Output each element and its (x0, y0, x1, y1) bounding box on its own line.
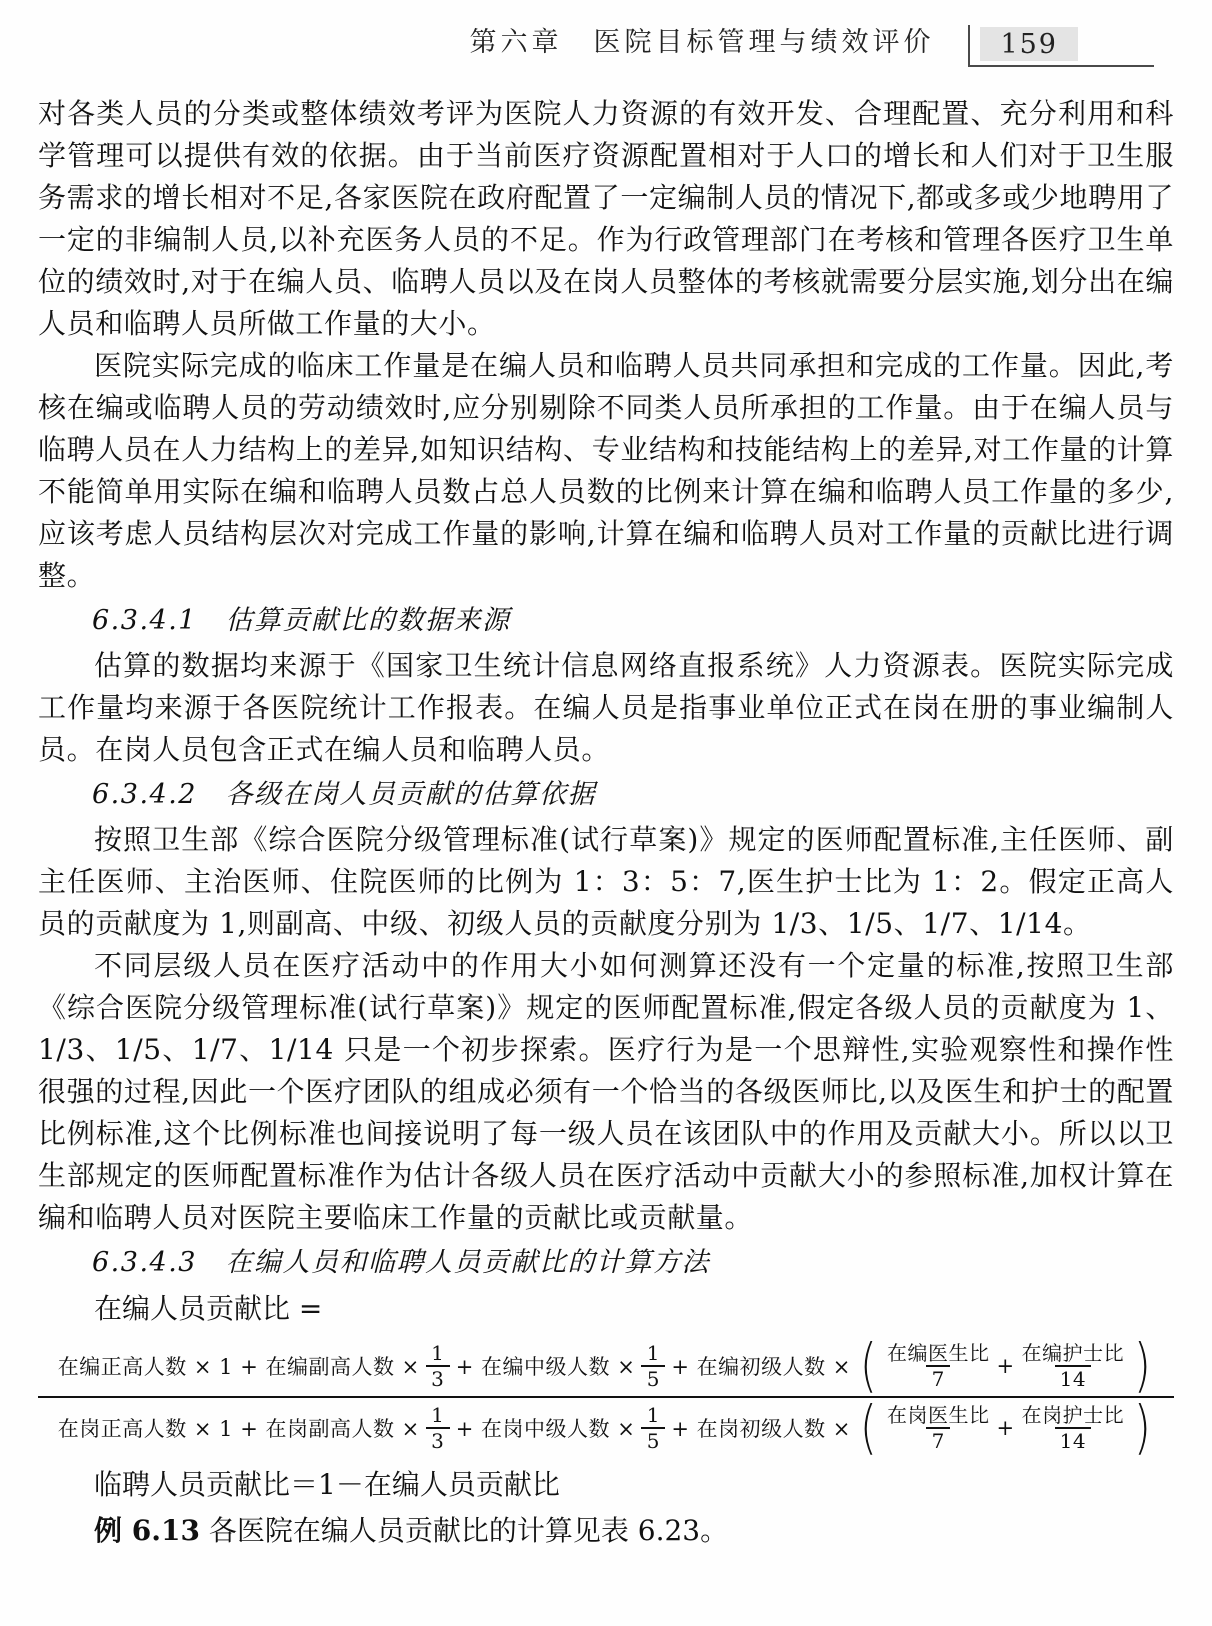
fraction-one-fifth: 1 5 (641, 1341, 665, 1391)
formula-text: + 在编初级人数 × (671, 1351, 851, 1381)
book-page: 第六章 医院目标管理与绩效评价 159 对各类人员的分类或整体绩效考评为医院人力… (0, 0, 1212, 1626)
fraction-one-third: 1 3 (426, 1403, 450, 1453)
example-label: 例 6.13 (94, 1514, 200, 1547)
running-head: 第六章 医院目标管理与绩效评价 159 (0, 0, 1212, 67)
paragraph: 按照卫生部《综合医院分级管理标准(试行草案)》规定的医师配置标准,主任医师、副主… (38, 819, 1174, 945)
formula-text: 在编正高人数 × 1 + 在编副高人数 × (58, 1351, 420, 1381)
plus-sign: + (997, 1416, 1015, 1440)
page-number: 159 (980, 27, 1078, 61)
section-heading-6343: 6.3.4.3 在编人员和临聘人员贡献比的计算方法 (38, 1241, 1174, 1285)
paragraph: 不同层级人员在医疗活动中的作用大小如何测算还没有一个定量的标准,按照卫生部《综合… (38, 945, 1174, 1239)
plus-sign: + (997, 1354, 1015, 1378)
fraction-one-third: 1 3 (426, 1341, 450, 1391)
fraction-one-fifth: 1 5 (641, 1403, 665, 1453)
formula-text: + 在岗初级人数 × (671, 1413, 851, 1443)
fraction-nurse-ratio: 在岗护士比 14 (1019, 1403, 1128, 1453)
chapter-title: 第六章 医院目标管理与绩效评价 (469, 20, 934, 67)
close-paren: ) (1134, 1341, 1151, 1390)
formula-result-line: 临聘人员贡献比＝1－在编人员贡献比 (38, 1463, 1174, 1507)
parenthesized-term: ( 在岗医生比 7 + 在岗护士比 14 ) (857, 1403, 1154, 1453)
formula-lead: 在编人员贡献比 = (38, 1287, 1174, 1331)
open-paren: ( (860, 1341, 877, 1390)
parenthesized-term: ( 在编医生比 7 + 在编护士比 14 ) (857, 1341, 1154, 1391)
formula-text: + 在编中级人数 × (456, 1351, 636, 1381)
page-number-frame: 159 (968, 25, 1154, 67)
paragraph: 估算的数据均来源于《国家卫生统计信息网络直报系统》人力资源表。医院实际完成工作量… (38, 645, 1174, 771)
formula-denominator: 在岗正高人数 × 1 + 在岗副高人数 × 1 3 + 在岗中级人数 × 1 5… (38, 1396, 1174, 1455)
open-paren: ( (860, 1403, 877, 1452)
main-fraction: 在编正高人数 × 1 + 在编副高人数 × 1 3 + 在编中级人数 × 1 5… (38, 1339, 1174, 1455)
formula-text: 在岗正高人数 × 1 + 在岗副高人数 × (58, 1413, 420, 1443)
page-body: 对各类人员的分类或整体绩效考评为医院人力资源的有效开发、合理配置、充分利用和科学… (0, 67, 1212, 1553)
fraction-doctor-ratio: 在编医生比 7 (884, 1341, 993, 1391)
fraction-doctor-ratio: 在岗医生比 7 (884, 1403, 993, 1453)
formula-numerator: 在编正高人数 × 1 + 在编副高人数 × 1 3 + 在编中级人数 × 1 5… (38, 1339, 1174, 1396)
paragraph: 医院实际完成的临床工作量是在编人员和临聘人员共同承担和完成的工作量。因此,考核在… (38, 345, 1174, 597)
section-heading-6341: 6.3.4.1 估算贡献比的数据来源 (38, 599, 1174, 643)
fraction-nurse-ratio: 在编护士比 14 (1019, 1341, 1128, 1391)
example-text: 各医院在编人员贡献比的计算见表 6.23。 (209, 1514, 728, 1547)
close-paren: ) (1134, 1403, 1151, 1452)
paragraph-continuation: 对各类人员的分类或整体绩效考评为医院人力资源的有效开发、合理配置、充分利用和科学… (38, 93, 1174, 345)
section-heading-6342: 6.3.4.2 各级在岗人员贡献的估算依据 (38, 773, 1174, 817)
formula-text: + 在岗中级人数 × (456, 1413, 636, 1443)
example-line: 例 6.13 各医院在编人员贡献比的计算见表 6.23。 (38, 1509, 1174, 1553)
contribution-ratio-formula: 在编正高人数 × 1 + 在编副高人数 × 1 3 + 在编中级人数 × 1 5… (38, 1339, 1174, 1455)
